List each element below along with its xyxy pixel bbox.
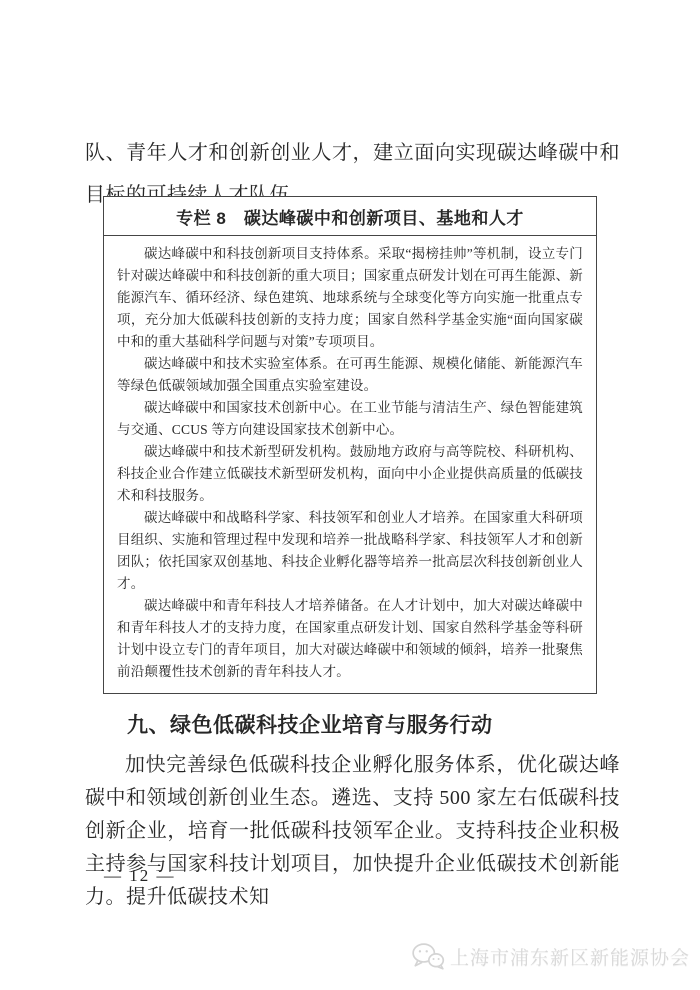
- box-paragraph: 碳达峰碳中和青年科技人才培养储备。在人才计划中，加大对碳达峰碳中和青年科技人才的…: [117, 595, 583, 683]
- footer-watermark-text: 上海市浦东新区新能源协会: [450, 943, 690, 970]
- section-heading: 九、绿色低碳科技企业培育与服务行动: [85, 709, 620, 739]
- column-box: 专栏 8 碳达峰碳中和创新项目、基地和人才 碳达峰碳中和科技创新项目支持体系。采…: [103, 196, 597, 694]
- body-paragraph: 加快完善绿色低碳科技企业孵化服务体系，优化碳达峰碳中和领域创新创业生态。遴选、支…: [85, 749, 620, 914]
- box-paragraph: 碳达峰碳中和技术实验室体系。在可再生能源、规模化储能、新能源汽车等绿色低碳领域加…: [117, 353, 583, 397]
- box-paragraph: 碳达峰碳中和战略科学家、科技领军和创业人才培养。在国家重大科研项目组织、实施和管…: [117, 507, 583, 595]
- wechat-icon: [411, 942, 445, 970]
- footer-watermark: 上海市浦东新区新能源协会: [411, 942, 690, 970]
- page-number: — 12 —: [104, 866, 176, 886]
- box-paragraph: 碳达峰碳中和科技创新项目支持体系。采取“揭榜挂帅”等机制，设立专门针对碳达峰碳中…: [117, 243, 583, 353]
- document-page: { "colors": { "text": "#262626", "box_bo…: [0, 0, 700, 990]
- column-box-body: 碳达峰碳中和科技创新项目支持体系。采取“揭榜挂帅”等机制，设立专门针对碳达峰碳中…: [104, 236, 596, 693]
- box-paragraph: 碳达峰碳中和技术新型研发机构。鼓励地方政府与高等院校、科研机构、科技企业合作建立…: [117, 441, 583, 507]
- column-box-title: 专栏 8 碳达峰碳中和创新项目、基地和人才: [104, 197, 596, 236]
- box-paragraph: 碳达峰碳中和国家技术创新中心。在工业节能与清洁生产、绿色智能建筑与交通、CCUS…: [117, 397, 583, 441]
